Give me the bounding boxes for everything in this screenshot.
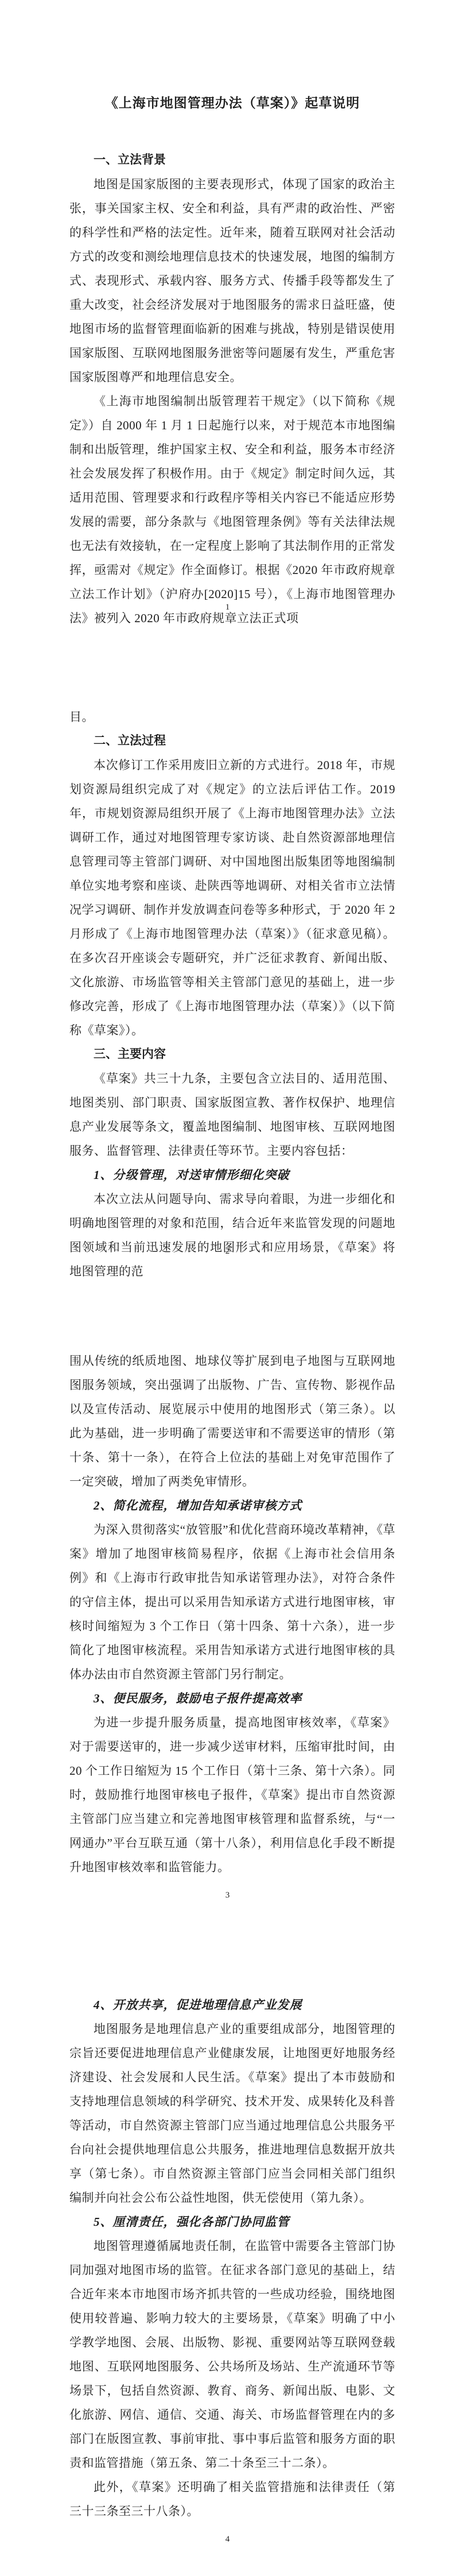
subsection-heading-4: 4、开放共享，促进地理信息产业发展 [69,1993,395,2017]
page-4: 4、开放共享，促进地理信息产业发展 地图服务是地理信息产业的重要组成部分，地图管… [0,1932,455,2576]
paragraph: 本次修订工作采用废旧立新的方式进行。2018 年，市规划资源局组织完成了对《规定… [69,753,395,1042]
document: 《上海市地图管理办法（草案）》起草说明 一、立法背景 地图是国家版图的主要表现形… [0,0,455,2576]
section-heading-legislative-background: 一、立法背景 [69,148,395,172]
subsection-heading-3: 3、便民服务，鼓励电子报件提高效率 [69,1686,395,1710]
section-heading-main-content: 三、主要内容 [69,1042,395,1066]
page-2: 目。 二、立法过程 本次修订工作采用废旧立新的方式进行。2018 年，市规划资源… [0,644,455,1288]
page-1: 《上海市地图管理办法（草案）》起草说明 一、立法背景 地图是国家版图的主要表现形… [0,0,455,644]
paragraph-continuation: 围从传统的纸质地图、地球仪等扩展到电子地图与互联网地图服务领域，突出强调了出版物… [69,1349,395,1493]
subsection-heading-2: 2、简化流程，增加告知承诺审核方式 [69,1493,395,1518]
document-title: 《上海市地图管理办法（草案）》起草说明 [69,91,395,115]
page-number: 3 [0,1891,455,1900]
page-number: 2 [0,1247,455,1256]
paragraph: 本次立法从问题导向、需求导向着眼，为进一步细化和明确地图管理的对象和范围，结合近… [69,1187,395,1283]
paragraph: 《草案》共三十九条，主要包含立法目的、适用范围、地图类别、部门职责、国家版图宣教… [69,1066,395,1163]
paragraph-continuation: 目。 [69,705,395,729]
subsection-heading-5: 5、厘清责任，强化各部门协同监管 [69,2210,395,2234]
paragraph: 地图服务是地理信息产业的重要组成部分，地图管理的宗旨还要促进地理信息产业健康发展… [69,2017,395,2210]
paragraph: 为深入贯彻落实“放管服”和优化营商环境改革精神，《草案》增加了地图审核简易程序，… [69,1518,395,1686]
subsection-heading-1: 1、分级管理，对送审情形细化突破 [69,1163,395,1187]
paragraph: 此外，《草案》还明确了相关监管措施和法律责任（第三十三条至三十八条）。 [69,2475,395,2523]
page-number: 4 [0,2535,455,2544]
page-3: 围从传统的纸质地图、地球仪等扩展到电子地图与互联网地图服务领域，突出强调了出版物… [0,1288,455,1932]
section-heading-legislative-process: 二、立法过程 [69,729,395,753]
paragraph: 地图是国家版图的主要表现形式，体现了国家的政治主张，事关国家主权、安全和利益，具… [69,172,395,389]
paragraph: 《上海市地图编制出版管理若干规定》（以下简称《规定》）自 2000 年 1 月 … [69,389,395,630]
page-number: 1 [0,603,455,612]
paragraph: 为进一步提升服务质量，提高地图审核效率，《草案》对于需要送审的，进一步减少送审材… [69,1710,395,1879]
paragraph: 地图管理遵循属地责任制，在监管中需要各主管部门协同加强对地图市场的监管。在征求各… [69,2234,395,2475]
